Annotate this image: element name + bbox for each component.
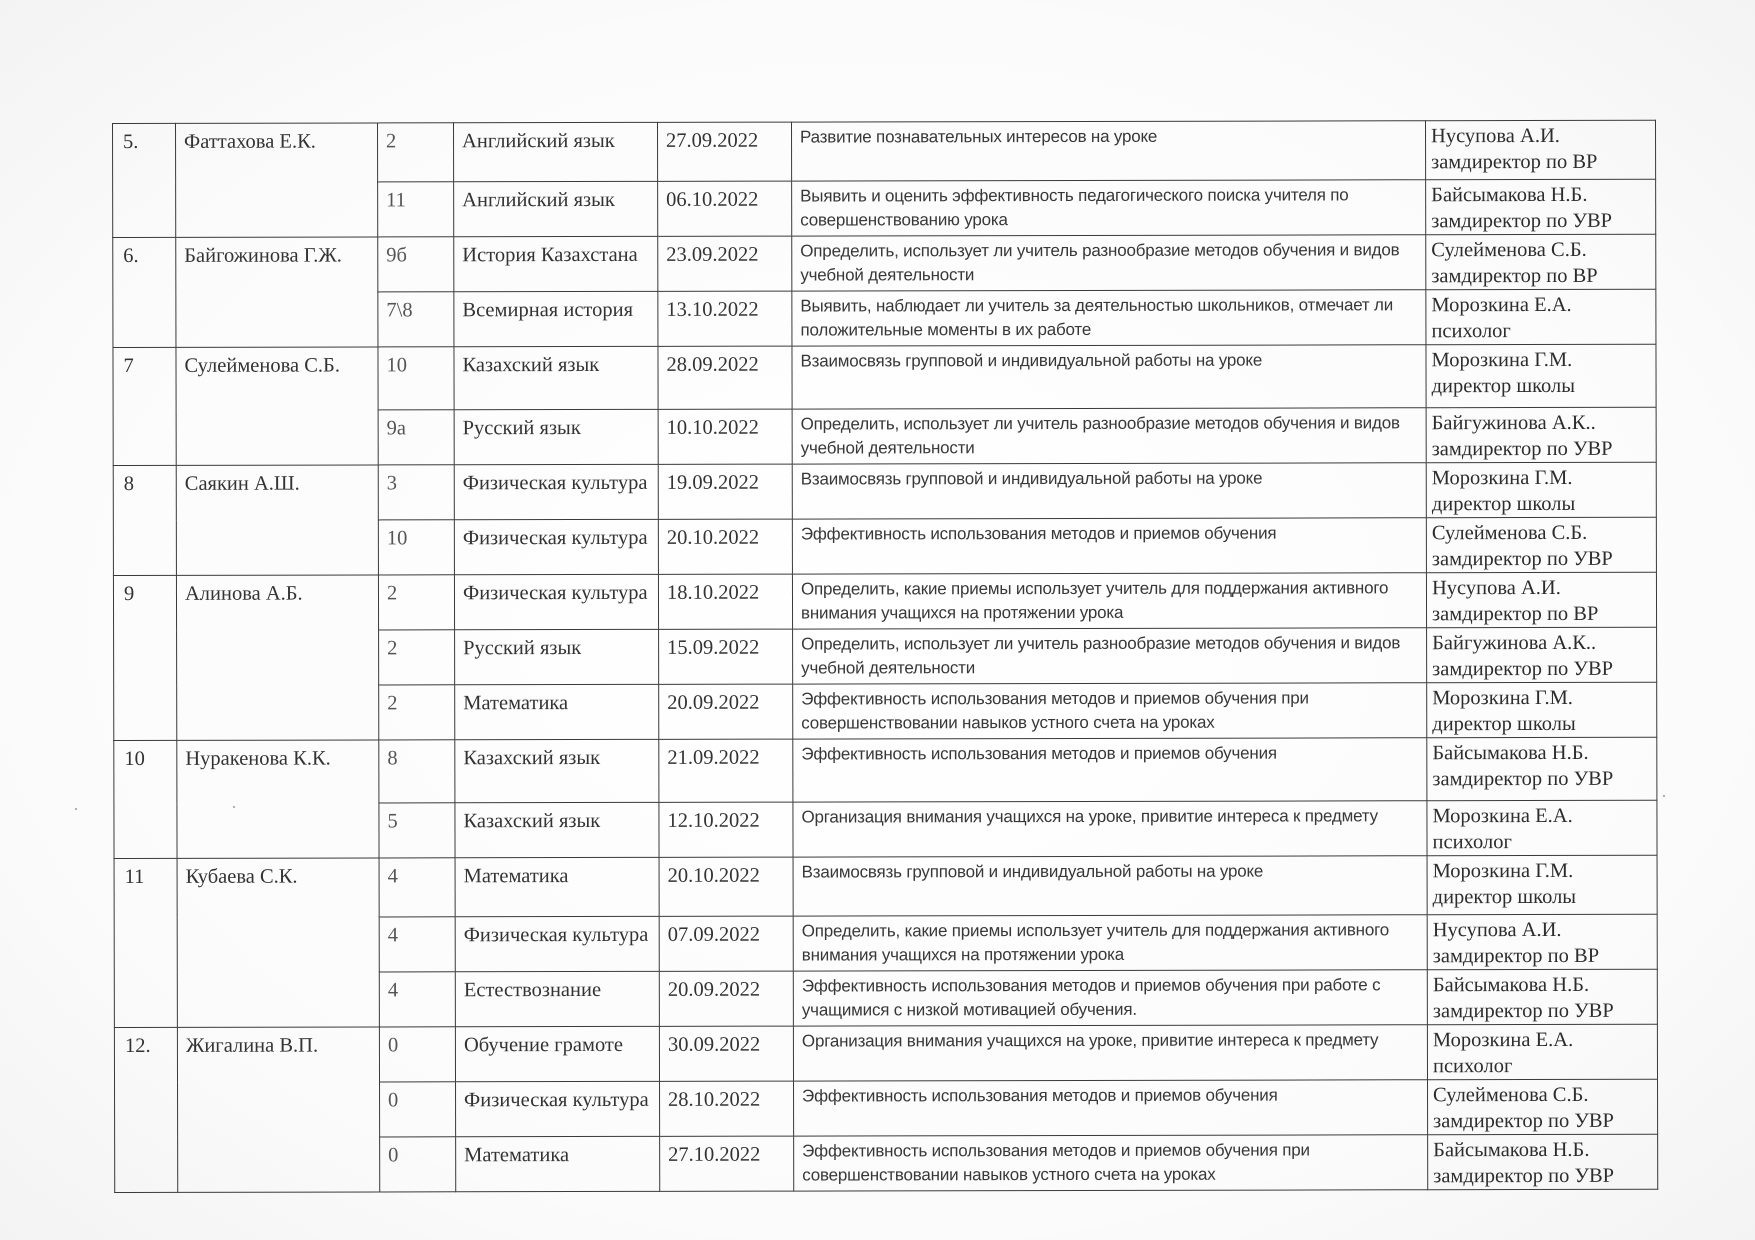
subject-cell: Казахский язык	[454, 346, 658, 409]
observer-cell: Байсымакова Н.Б.замдиректор по УВР	[1426, 179, 1656, 234]
subject-cell: История Казахстана	[454, 236, 658, 291]
scan-speck	[233, 806, 235, 808]
class-cell: 4	[379, 972, 455, 1027]
date-cell: 12.10.2022	[659, 802, 793, 857]
topic-cell: Взаимосвязь групповой и индивидуальной р…	[792, 463, 1426, 519]
table-row: 12.Жигалина В.П.0Обучение грамоте30.09.2…	[114, 1024, 1657, 1082]
date-cell: 18.10.2022	[658, 574, 792, 629]
observer-cell: Морозкина Г.М.директор школы	[1426, 462, 1656, 517]
observer-cell: Байсымакова Н.Б.замдиректор по УВР	[1427, 969, 1657, 1024]
row-number: 9	[113, 575, 176, 740]
date-cell: 27.10.2022	[660, 1136, 794, 1191]
subject-cell: Казахский язык	[455, 739, 659, 802]
class-cell: 8	[379, 740, 455, 803]
topic-cell: Эффективность использования методов и пр…	[792, 518, 1426, 574]
observer-cell: Байгужинова А.К..замдиректор по УВР	[1427, 627, 1657, 682]
subject-cell: Русский язык	[454, 409, 658, 464]
observer-name: Нусупова А.И.	[1432, 575, 1648, 601]
topic-cell: Эффективность использования методов и пр…	[793, 970, 1427, 1026]
observer-role: директор школы	[1433, 884, 1649, 910]
topic-cell: Определить, какие приемы использует учит…	[793, 915, 1427, 971]
observation-schedule-table: 5.Фаттахова Е.К.2Английский язык27.09.20…	[112, 120, 1658, 1193]
subject-cell: Физическая культура	[454, 574, 658, 629]
topic-cell: Эффективность использования методов и пр…	[793, 738, 1427, 802]
date-cell: 28.09.2022	[658, 346, 792, 409]
table-row: 10Нуракенова К.К.8Казахский язык21.09.20…	[114, 737, 1657, 803]
teacher-name: Жигалина В.П.	[177, 1027, 379, 1192]
teacher-name: Саякин А.Ш.	[176, 465, 378, 575]
observer-cell: Морозкина Е.А.психолог	[1427, 800, 1657, 855]
class-cell: 10	[378, 520, 454, 575]
teacher-name: Байгожинова Г.Ж.	[176, 237, 378, 347]
observer-role: психолог	[1433, 1053, 1649, 1079]
observer-role: директор школы	[1432, 373, 1648, 399]
subject-cell: Всемирная история	[454, 291, 658, 346]
class-cell: 11	[378, 182, 454, 237]
observer-cell: Нусупова А.И.замдиректор по ВР	[1425, 120, 1655, 179]
observer-name: Морозкина Г.М.	[1433, 858, 1649, 884]
observer-role: замдиректор по ВР	[1431, 149, 1647, 175]
table-row: 7Сулейменова С.Б.10Казахский язык28.09.2…	[113, 344, 1656, 410]
scan-speck	[1663, 795, 1665, 797]
observer-role: замдиректор по ВР	[1431, 263, 1647, 289]
subject-cell: Русский язык	[455, 629, 659, 684]
topic-cell: Определить, использует ли учитель разноо…	[792, 235, 1426, 291]
observer-cell: Морозкина Е.А.психолог	[1427, 1024, 1657, 1079]
date-cell: 20.10.2022	[659, 857, 793, 916]
observer-name: Сулейменова С.Б.	[1433, 1082, 1649, 1108]
topic-cell: Определить, использует ли учитель разноо…	[793, 628, 1427, 684]
observer-role: психолог	[1432, 829, 1648, 855]
observer-name: Сулейменова С.Б.	[1431, 237, 1647, 263]
observer-name: Байгужинова А.К..	[1432, 410, 1648, 436]
class-cell: 9а	[378, 410, 454, 465]
date-cell: 20.09.2022	[659, 971, 793, 1026]
observer-cell: Сулейменова С.Б.замдиректор по УВР	[1426, 517, 1656, 572]
class-cell: 2	[379, 685, 455, 740]
table-row: 11Кубаева С.К.4Математика20.10.2022Взаим…	[114, 855, 1657, 917]
observer-role: директор школы	[1432, 491, 1648, 517]
class-cell: 7\8	[378, 292, 454, 347]
subject-cell: Физическая культура	[456, 1081, 660, 1136]
topic-cell: Эффективность использования методов и пр…	[794, 1135, 1428, 1191]
row-number: 8	[113, 465, 176, 575]
row-number: 6.	[113, 237, 176, 347]
subject-cell: Английский язык	[454, 122, 658, 181]
date-cell: 23.09.2022	[658, 236, 792, 291]
topic-cell: Эффективность использования методов и пр…	[794, 1080, 1428, 1136]
subject-cell: Физическая культура	[455, 916, 659, 971]
table-row: 6.Байгожинова Г.Ж.9бИстория Казахстана23…	[113, 234, 1656, 292]
class-cell: 0	[379, 1027, 455, 1082]
observer-cell: Морозкина Г.М.директор школы	[1427, 855, 1657, 914]
subject-cell: Математика	[456, 1136, 660, 1191]
topic-cell: Развитие познавательных интересов на уро…	[791, 121, 1425, 181]
observer-role: замдиректор по УВР	[1431, 208, 1647, 234]
date-cell: 13.10.2022	[658, 291, 792, 346]
teacher-name: Кубаева С.К.	[177, 858, 379, 1027]
class-cell: 3	[378, 465, 454, 520]
class-cell: 9б	[378, 237, 454, 292]
observer-cell: Байсымакова Н.Б.замдиректор по УВР	[1428, 1134, 1658, 1189]
class-cell: 0	[380, 1137, 456, 1192]
class-cell: 2	[379, 630, 455, 685]
observer-cell: Байсымакова Н.Б.замдиректор по УВР	[1427, 737, 1657, 800]
subject-cell: Физическая культура	[454, 464, 658, 519]
observer-role: замдиректор по ВР	[1432, 601, 1648, 627]
observer-name: Нусупова А.И.	[1433, 917, 1649, 943]
topic-cell: Взаимосвязь групповой и индивидуальной р…	[792, 345, 1426, 409]
subject-cell: Математика	[455, 857, 659, 916]
subject-cell: Казахский язык	[455, 802, 659, 857]
observer-name: Морозкина Е.А.	[1431, 292, 1647, 318]
date-cell: 27.09.2022	[657, 122, 791, 181]
observer-name: Морозкина Е.А.	[1433, 1027, 1649, 1053]
observer-name: Байгужинова А.К..	[1432, 630, 1648, 656]
subject-cell: Естествознание	[455, 971, 659, 1026]
teacher-name: Фаттахова Е.К.	[176, 123, 378, 237]
subject-cell: Английский язык	[454, 181, 658, 236]
table-row: 5.Фаттахова Е.К.2Английский язык27.09.20…	[113, 120, 1656, 182]
row-number: 12.	[114, 1027, 177, 1192]
observer-role: психолог	[1431, 318, 1647, 344]
table-row: 9Алинова А.Б.2Физическая культура18.10.2…	[113, 572, 1656, 630]
subject-cell: Физическая культура	[454, 519, 658, 574]
observer-role: замдиректор по УВР	[1432, 546, 1648, 572]
date-cell: 19.09.2022	[658, 464, 792, 519]
observer-role: замдиректор по УВР	[1433, 1163, 1649, 1189]
teacher-name: Нуракенова К.К.	[177, 740, 379, 858]
observer-cell: Сулейменова С.Б.замдиректор по ВР	[1426, 234, 1656, 289]
teacher-name: Сулейменова С.Б.	[176, 347, 378, 465]
date-cell: 20.09.2022	[659, 684, 793, 739]
observer-name: Морозкина Г.М.	[1432, 685, 1648, 711]
observer-name: Морозкина Г.М.	[1431, 347, 1647, 373]
date-cell: 15.09.2022	[659, 629, 793, 684]
date-cell: 20.10.2022	[658, 519, 792, 574]
observer-cell: Сулейменова С.Б.замдиректор по УВР	[1428, 1079, 1658, 1134]
row-number: 7	[113, 347, 176, 465]
date-cell: 06.10.2022	[658, 181, 792, 236]
observer-cell: Нусупова А.И.замдиректор по ВР	[1427, 914, 1657, 969]
observer-name: Байсымакова Н.Б.	[1432, 740, 1648, 766]
teacher-name: Алинова А.Б.	[176, 575, 378, 740]
date-cell: 21.09.2022	[659, 739, 793, 802]
observer-role: замдиректор по УВР	[1433, 1108, 1649, 1134]
observer-role: замдиректор по УВР	[1433, 998, 1649, 1024]
observer-name: Морозкина Е.А.	[1432, 803, 1648, 829]
observer-name: Байсымакова Н.Б.	[1433, 1137, 1649, 1163]
topic-cell: Определить, какие приемы использует учит…	[792, 573, 1426, 629]
observer-name: Нусупова А.И.	[1431, 123, 1647, 149]
table-body: 5.Фаттахова Е.К.2Английский язык27.09.20…	[113, 120, 1658, 1192]
subject-cell: Математика	[455, 684, 659, 739]
topic-cell: Организация внимания учащихся на уроке, …	[793, 801, 1427, 857]
observer-cell: Байгужинова А.К..замдиректор по УВР	[1426, 407, 1656, 462]
topic-cell: Организация внимания учащихся на уроке, …	[793, 1025, 1427, 1081]
topic-cell: Выявить и оценить эффективность педагоги…	[792, 180, 1426, 236]
date-cell: 30.09.2022	[659, 1026, 793, 1081]
row-number: 11	[114, 858, 177, 1027]
table-row: 8Саякин А.Ш.3Физическая культура19.09.20…	[113, 462, 1656, 520]
topic-cell: Эффективность использования методов и пр…	[793, 683, 1427, 739]
observer-role: замдиректор по УВР	[1432, 766, 1648, 792]
class-cell: 2	[378, 575, 454, 630]
row-number: 5.	[113, 123, 176, 237]
observer-name: Сулейменова С.Б.	[1432, 520, 1648, 546]
class-cell: 5	[379, 803, 455, 858]
observer-name: Байсымакова Н.Б.	[1433, 972, 1649, 998]
date-cell: 07.09.2022	[659, 916, 793, 971]
observer-name: Байсымакова Н.Б.	[1431, 182, 1647, 208]
row-number: 10	[114, 740, 177, 858]
observer-cell: Морозкина Е.А.психолог	[1426, 289, 1656, 344]
observer-role: замдиректор по УВР	[1432, 656, 1648, 682]
topic-cell: Взаимосвязь групповой и индивидуальной р…	[793, 856, 1427, 916]
class-cell: 10	[378, 347, 454, 410]
class-cell: 0	[380, 1082, 456, 1137]
observer-cell: Морозкина Г.М.директор школы	[1427, 682, 1657, 737]
observer-name: Морозкина Г.М.	[1432, 465, 1648, 491]
date-cell: 28.10.2022	[660, 1081, 794, 1136]
topic-cell: Выявить, наблюдает ли учитель за деятель…	[792, 290, 1426, 346]
observer-role: замдиректор по ВР	[1433, 943, 1649, 969]
topic-cell: Определить, использует ли учитель разноо…	[792, 408, 1426, 464]
class-cell: 4	[379, 858, 455, 917]
observer-cell: Морозкина Г.М.директор школы	[1426, 344, 1656, 407]
subject-cell: Обучение грамоте	[455, 1026, 659, 1081]
date-cell: 10.10.2022	[658, 409, 792, 464]
class-cell: 4	[379, 917, 455, 972]
class-cell: 2	[378, 123, 454, 182]
observer-role: директор школы	[1432, 711, 1648, 737]
observer-role: замдиректор по УВР	[1432, 436, 1648, 462]
observer-cell: Нусупова А.И.замдиректор по ВР	[1426, 572, 1656, 627]
scan-speck	[75, 808, 77, 810]
